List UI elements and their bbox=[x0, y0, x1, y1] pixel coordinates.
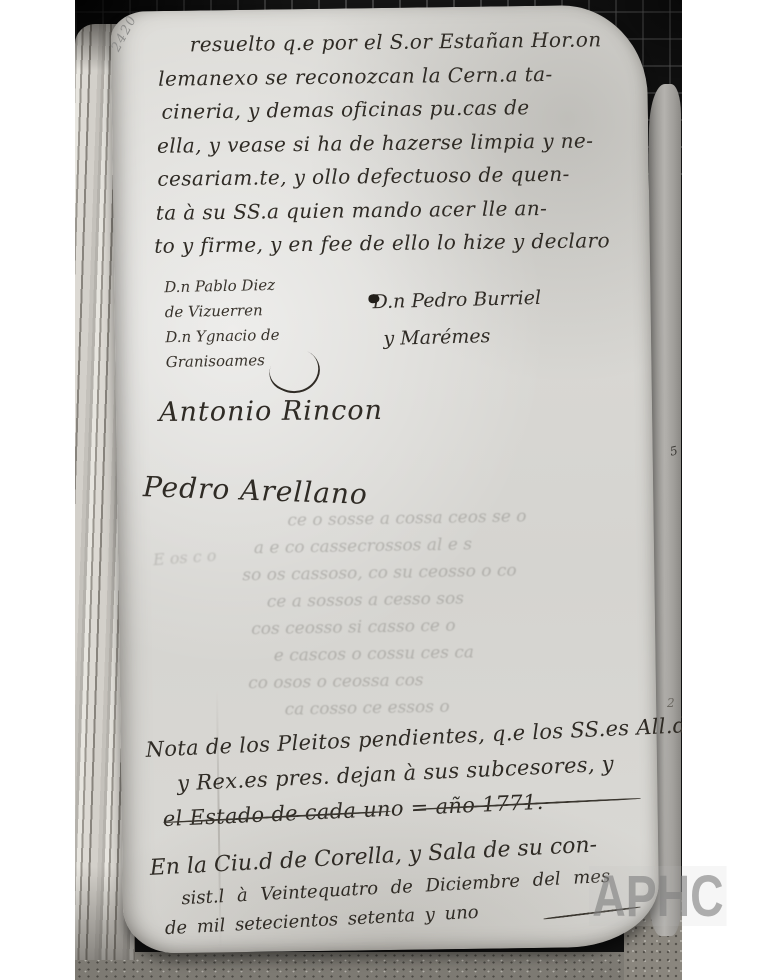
signature-line: de Vizuerren bbox=[164, 298, 279, 325]
manuscript-line: lemanexo se reconozcan la Cern.a ta- bbox=[158, 57, 608, 96]
manuscript-line: ella, y vease si ha de hazerse limpia y … bbox=[157, 124, 609, 163]
photo-area: 2420 resuelto q.e por el S.or Estañan Ho… bbox=[75, 0, 682, 980]
ink-blot bbox=[368, 294, 379, 303]
aphc-watermark: APHC bbox=[589, 866, 727, 926]
scanned-manuscript-photo: 2420 resuelto q.e por el S.or Estañan Ho… bbox=[0, 0, 757, 980]
main-paragraph: resuelto q.e por el S.or Estañan Hor.on … bbox=[156, 23, 611, 263]
signature-antonio-rincon: Antonio Rincon bbox=[159, 395, 383, 428]
manuscript-line: cineria, y demas oficinas pu.cas de bbox=[161, 90, 608, 129]
manuscript-line: to y firme, y en fee de ello lo hize y d… bbox=[154, 224, 610, 263]
table-surface bbox=[75, 952, 682, 980]
manuscript-line: cesariam.te, y ollo defectuoso de quen- bbox=[157, 157, 609, 196]
showthrough-line: so os cassoso, co su ceosso o co bbox=[242, 558, 528, 590]
showthrough-line: ce o sosse a cossa ceos se o bbox=[287, 504, 527, 535]
signature-line: D.n Ygnacio de bbox=[165, 323, 280, 350]
signature-line: D.n Pedro Burriel bbox=[372, 280, 541, 321]
signature-line: Granisoames bbox=[166, 348, 281, 375]
signature-block-left: D.n Pablo Diez de Vizuerren D.n Ygnacio … bbox=[164, 273, 280, 375]
manuscript-line: ta à su SS.a quien mando acer lle an- bbox=[156, 191, 610, 230]
signature-line: y Marémes bbox=[383, 317, 542, 358]
signature-line: D.n Pablo Diez bbox=[164, 273, 279, 300]
ink-showthrough-block: ce o sosse a cossa ceos se o a e co cass… bbox=[241, 504, 530, 725]
page-edge-number: 2 bbox=[667, 696, 675, 710]
signature-block-right: D.n Pedro Burriel y Marémes bbox=[372, 280, 542, 358]
manuscript-line: resuelto q.e por el S.or Estañan Hor.on bbox=[190, 23, 608, 62]
